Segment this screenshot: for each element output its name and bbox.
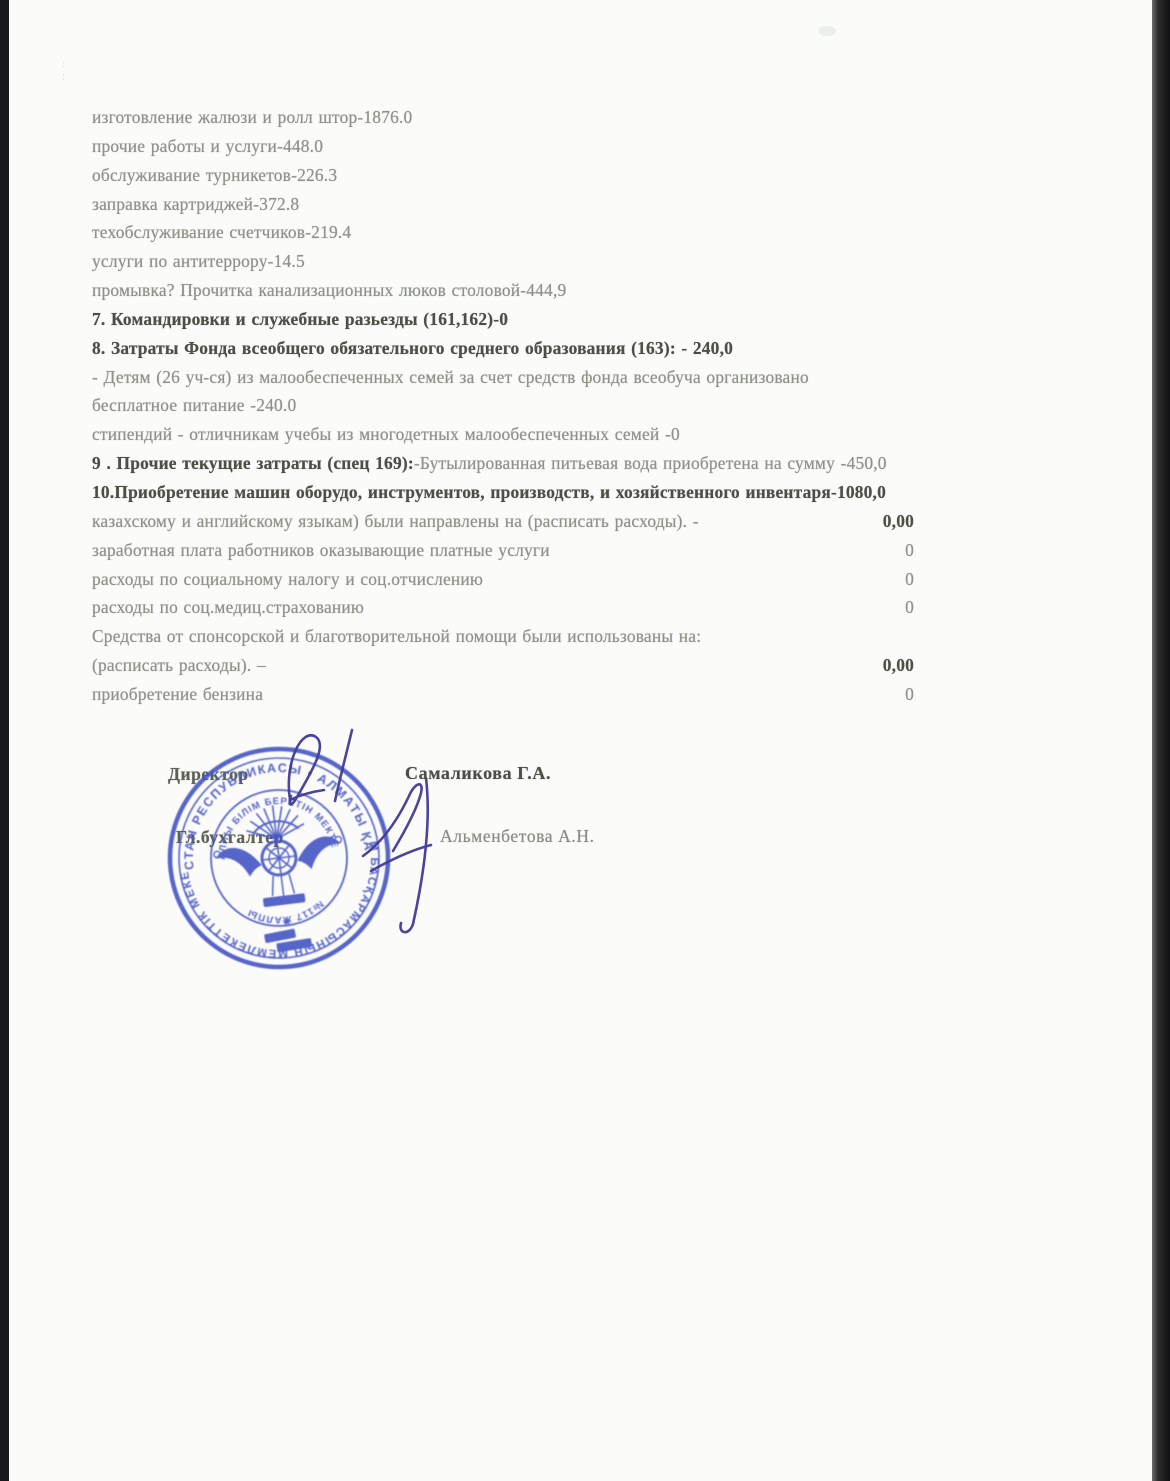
document-line: изготовление жалюзи и ролл штор-1876.0 xyxy=(92,107,914,136)
document-line: заправка картриджей-372.8 xyxy=(92,194,914,223)
document-line-text: 8. Затраты Фонда всеобщего обязательного… xyxy=(92,338,733,358)
document-line: прочие работы и услуги-448.0 xyxy=(92,136,914,165)
amount-value: 0 xyxy=(905,540,914,560)
document-line-text: прочие работы и услуги-448.0 xyxy=(92,136,323,156)
amount-value: 0 xyxy=(905,597,914,617)
document-line-text: 10.Приобретение машин оборудо, инструмен… xyxy=(92,482,886,502)
document-line: казахскому и английскому языкам) были на… xyxy=(92,511,914,540)
document-body: изготовление жалюзи и ролл штор-1876.0пр… xyxy=(92,107,914,713)
accountant-name: Альменбетова А.Н. xyxy=(440,826,595,847)
document-line: заработная плата работников оказывающие … xyxy=(92,540,914,569)
document-line: стипендий - отличникам учебы из многодет… xyxy=(92,424,914,453)
document-line-text: заправка картриджей-372.8 xyxy=(92,194,299,214)
document-line-text: услуги по антитеррору-14.5 xyxy=(92,251,305,271)
document-line: услуги по антитеррору-14.5 xyxy=(92,251,914,280)
document-line-text: казахскому и английскому языкам) были на… xyxy=(92,511,699,531)
scan-edge-right xyxy=(1152,0,1170,1481)
scan-smudge xyxy=(818,26,836,36)
document-line-text: промывка? Прочитка канализационных люков… xyxy=(92,280,566,300)
document-line: расходы по соц.медиц.страхованию0 xyxy=(92,597,914,626)
document-line-text: расходы по социальному налогу и соц.отчи… xyxy=(92,569,483,589)
document-line-text: расходы по соц.медиц.страхованию xyxy=(92,597,364,617)
director-signature xyxy=(289,730,352,804)
document-line-text: 9 . Прочие текущие затраты (спец 169): xyxy=(92,453,414,473)
document-line-text: изготовление жалюзи и ролл штор-1876.0 xyxy=(92,107,412,127)
scan-artifact: :; xyxy=(62,58,65,82)
scanned-document-page: :; изготовление жалюзи и ролл штор-1876.… xyxy=(0,0,1170,1481)
document-line-text: 7. Командировки и служебные разьезды (16… xyxy=(92,309,508,329)
document-line: Средства от спонсорской и благотворитель… xyxy=(92,626,914,655)
document-line-text: бесплатное питание -240.0 xyxy=(92,395,296,415)
document-line-text: - Детям (26 уч-ся) из малообеспеченных с… xyxy=(92,367,809,387)
document-line: техобслуживание счетчиков-219.4 xyxy=(92,222,914,251)
document-line-text: (расписать расходы). – xyxy=(92,655,266,675)
document-line-text: стипендий - отличникам учебы из многодет… xyxy=(92,424,680,444)
document-line: (расписать расходы). –0,00 xyxy=(92,655,914,684)
document-line-text: -Бутылированная питьевая вода приобретен… xyxy=(414,453,887,473)
document-line: - Детям (26 уч-ся) из малообеспеченных с… xyxy=(92,367,914,396)
document-line: 10.Приобретение машин оборудо, инструмен… xyxy=(92,482,914,511)
document-line: 9 . Прочие текущие затраты (спец 169): -… xyxy=(92,453,914,482)
document-line: расходы по социальному налогу и соц.отчи… xyxy=(92,569,914,598)
document-line: 8. Затраты Фонда всеобщего обязательного… xyxy=(92,338,914,367)
amount-value: 0,00 xyxy=(883,511,914,531)
document-line: промывка? Прочитка канализационных люков… xyxy=(92,280,914,309)
document-line-text: Средства от спонсорской и благотворитель… xyxy=(92,626,701,646)
document-line-text: заработная плата работников оказывающие … xyxy=(92,540,550,560)
accountant-signature xyxy=(363,778,431,932)
document-line: бесплатное питание -240.0 xyxy=(92,395,914,424)
document-line-text: техобслуживание счетчиков-219.4 xyxy=(92,222,351,242)
amount-value: 0 xyxy=(905,569,914,589)
document-line-text: обслуживание турникетов-226.3 xyxy=(92,165,337,185)
scan-edge-left xyxy=(0,0,9,1481)
document-line: 7. Командировки и служебные разьезды (16… xyxy=(92,309,914,338)
amount-value: 0,00 xyxy=(883,655,914,675)
amount-value: 0 xyxy=(905,684,914,704)
document-line: обслуживание турникетов-226.3 xyxy=(92,165,914,194)
director-name: Самаликова Г.А. xyxy=(405,763,551,784)
